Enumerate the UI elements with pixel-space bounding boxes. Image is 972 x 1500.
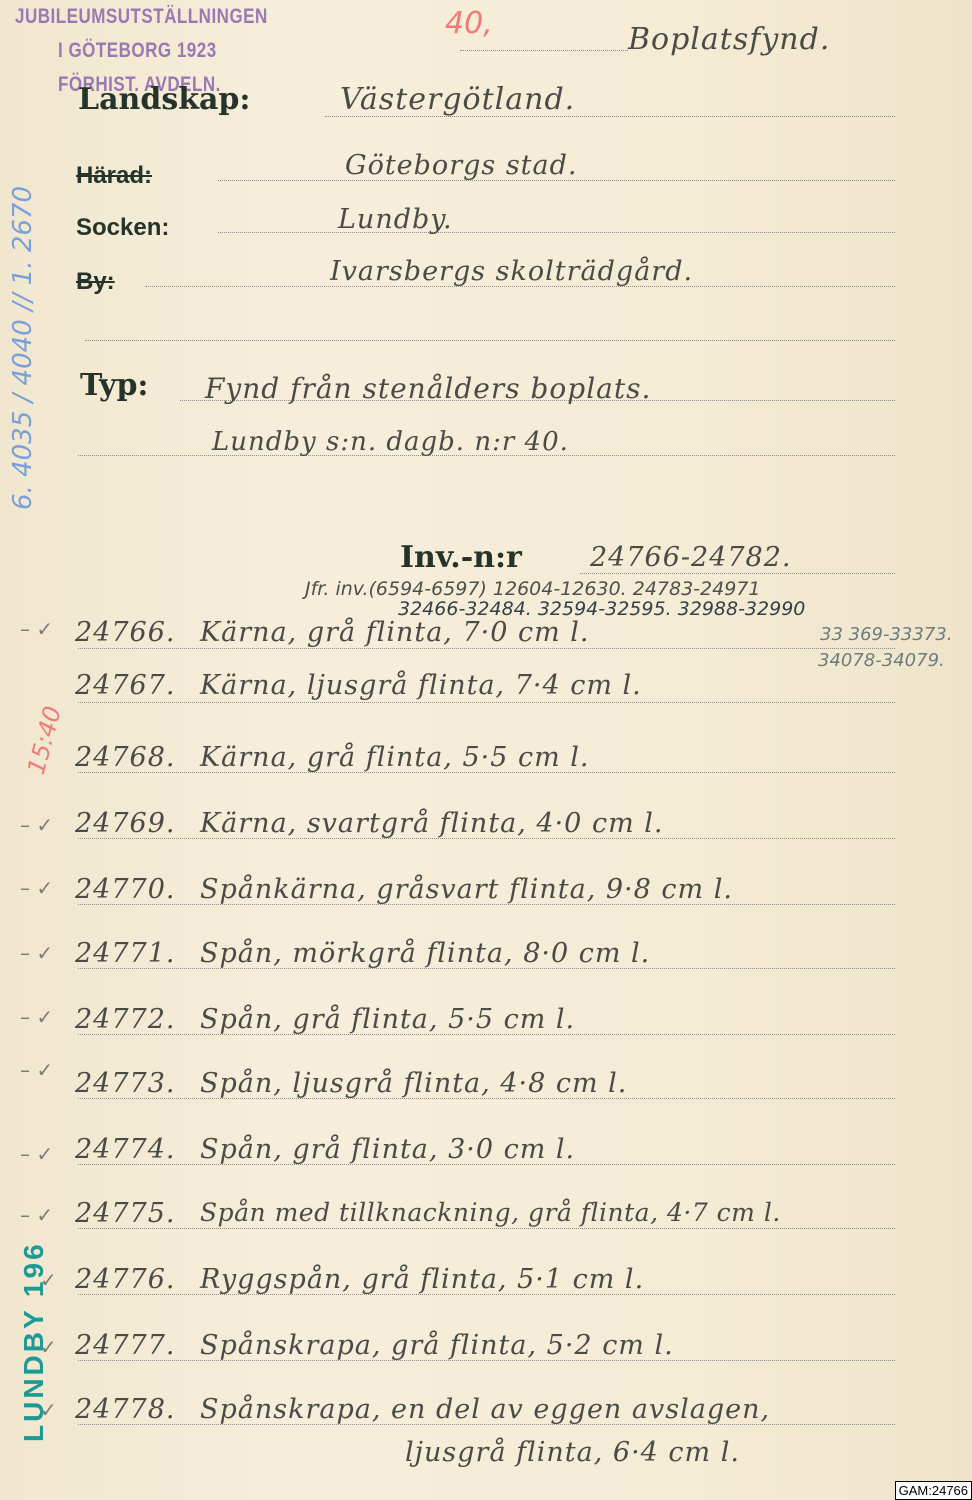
- item-number: 24774.: [75, 1134, 175, 1165]
- item-description: Kärna, ljusgrå flinta, 7·4 cm l.: [200, 670, 642, 701]
- socken-label: Socken:: [76, 214, 169, 242]
- check-mark: ✓: [40, 1268, 57, 1292]
- by-value: Ivarsbergs skolträdgård.: [330, 256, 693, 287]
- catalog-card: JUBILEUMSUTSTÄLLNINGEN I GÖTEBORG 1923 F…: [0, 0, 972, 1500]
- related-inventory-line1: Jfr. inv.(6594-6597) 12604-12630. 24783-…: [305, 578, 760, 600]
- check-mark: ✓: [40, 1335, 57, 1359]
- socken-value: Lundby.: [338, 204, 453, 235]
- check-mark: – ✓: [20, 1005, 53, 1029]
- item-description: Spån, mörkgrå flinta, 8·0 cm l.: [200, 938, 650, 969]
- inventory-label: Inv.-n:r: [400, 540, 522, 575]
- check-mark: – ✓: [20, 941, 53, 965]
- check-mark: – ✓: [20, 1142, 53, 1166]
- typ-value-line2: Lundby s:n. dagb. n:r 40.: [212, 427, 569, 457]
- check-mark: ✓: [40, 1398, 57, 1422]
- landskap-label: Landskap:: [78, 82, 251, 117]
- item-number: 24767.: [75, 670, 175, 701]
- red-margin-note: 15:40: [22, 703, 67, 777]
- harad-value: Göteborgs stad.: [345, 150, 578, 181]
- item-description: Spånkärna, gråsvart flinta, 9·8 cm l.: [200, 874, 733, 905]
- item-description: Spån, grå flinta, 3·0 cm l.: [200, 1134, 575, 1165]
- inventory-value: 24766-24782.: [590, 542, 792, 573]
- item-number: 24776.: [75, 1264, 175, 1295]
- row-dotted-line: [78, 1228, 895, 1229]
- inventory-dotted-line: [580, 573, 895, 574]
- typ-label: Typ:: [80, 368, 149, 403]
- related-inventory-line3: 33 369-33373.: [820, 624, 952, 645]
- exhibition-stamp-line2: I GÖTEBORG 1923: [58, 38, 217, 63]
- item-description: Spån, ljusgrå flinta, 4·8 cm l.: [200, 1068, 627, 1099]
- red-number-top: 40,: [445, 6, 493, 41]
- exhibition-stamp-line1: JUBILEUMSUTSTÄLLNINGEN: [15, 4, 268, 29]
- item-description: Spån, grå flinta, 5·5 cm l.: [200, 1004, 575, 1035]
- check-mark: – ✓: [20, 1203, 53, 1227]
- category-dotted-line: [460, 50, 628, 51]
- item-number: 24770.: [75, 874, 175, 905]
- item-number: 24773.: [75, 1068, 175, 1099]
- landskap-value: Västergötland.: [340, 82, 575, 117]
- item-description: Kärna, grå flinta, 7·0 cm l.: [200, 617, 590, 648]
- row-dotted-line: [78, 702, 895, 703]
- blank-dotted-line: [85, 340, 895, 341]
- item-number: 24769.: [75, 808, 175, 839]
- check-mark: – ✓: [20, 813, 53, 837]
- item-number: 24778.: [75, 1394, 175, 1425]
- related-inventory-line4: 34078-34079.: [818, 650, 945, 671]
- item-description: Spån med tillknackning, grå flinta, 4·7 …: [200, 1198, 781, 1227]
- item-description-continued: ljusgrå flinta, 6·4 cm l.: [405, 1437, 740, 1468]
- item-number: 24768.: [75, 742, 175, 773]
- item-description: Kärna, svartgrå flinta, 4·0 cm l.: [200, 808, 663, 839]
- row-dotted-line: [78, 648, 895, 649]
- item-description: Spånskrapa, grå flinta, 5·2 cm l.: [200, 1330, 674, 1361]
- by-label: By:: [76, 268, 115, 296]
- item-number: 24772.: [75, 1004, 175, 1035]
- socken-dotted-line: [218, 232, 895, 233]
- item-description: Kärna, grå flinta, 5·5 cm l.: [200, 742, 590, 773]
- typ-value-line1: Fynd från stenålders boplats.: [205, 372, 651, 405]
- item-number: 24777.: [75, 1330, 175, 1361]
- item-description: Spånskrapa, en del av eggen avslagen,: [200, 1394, 770, 1425]
- item-number: 24771.: [75, 938, 175, 969]
- blue-margin-note: 6. 4035 / 4040 // 1. 2670: [8, 186, 38, 510]
- check-mark: – ✓: [20, 1058, 53, 1082]
- check-mark: – ✓: [20, 876, 53, 900]
- item-number: 24775.: [75, 1198, 175, 1229]
- harad-label: Härad:: [76, 162, 152, 190]
- check-mark: – ✓: [20, 617, 53, 641]
- item-number: 24766.: [75, 617, 175, 648]
- category-value: Boplatsfynd.: [628, 22, 830, 57]
- item-description: Ryggspån, grå flinta, 5·1 cm l.: [200, 1264, 644, 1295]
- image-id-label: GAM:24766: [895, 1481, 972, 1500]
